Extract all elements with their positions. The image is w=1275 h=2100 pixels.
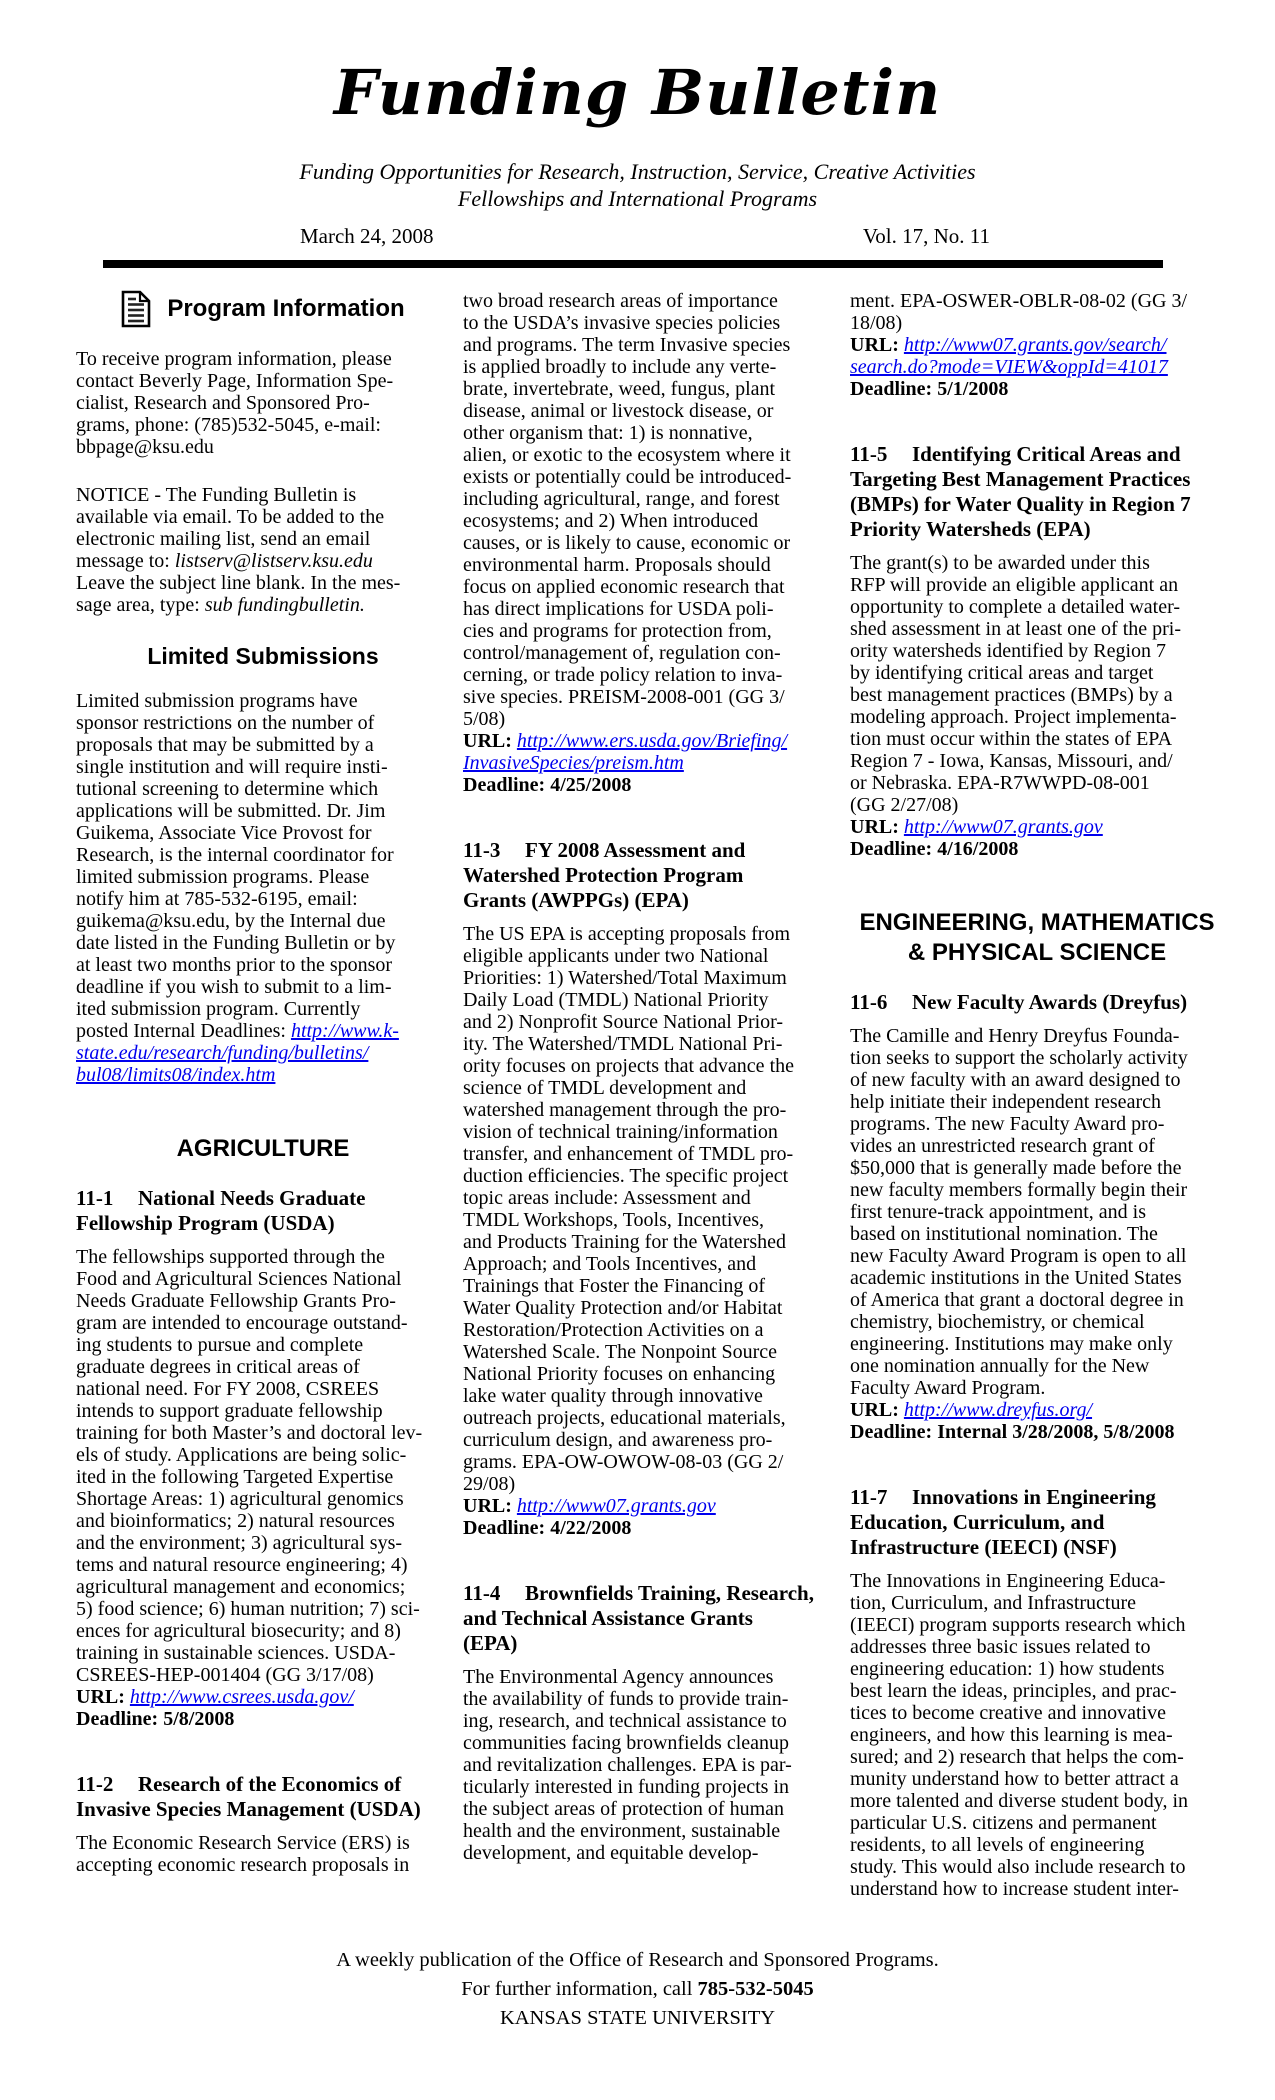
text-run: The US EPA is accepting proposals from bbox=[463, 923, 790, 945]
text-line: understand how to increase student inter… bbox=[850, 1878, 1224, 1900]
grant-heading-11-7: 11-7Innovations in EngineeringEducation,… bbox=[850, 1485, 1224, 1560]
text-run: contact Beverly Page, Information Spe- bbox=[76, 370, 393, 392]
text-run: and Products Training for the Watershed bbox=[463, 1231, 786, 1253]
text-run: ing, research, and technical assistance … bbox=[463, 1710, 787, 1732]
text-line: Limited submission programs have bbox=[76, 690, 450, 712]
text-line: posted Internal Deadlines: http://www.k- bbox=[76, 1020, 450, 1042]
text-line: ority focuses on projects that advance t… bbox=[463, 1055, 837, 1077]
heading-limited-submissions: Limited Submissions bbox=[76, 642, 450, 670]
hyperlink[interactable]: http://www.ers.usda.gov/Briefing/ bbox=[517, 730, 787, 752]
text-run: deadline if you wish to submit to a lim- bbox=[76, 976, 392, 998]
text-line: vides an unrestricted research grant of bbox=[850, 1135, 1224, 1157]
text-run: at least two months prior to the sponsor bbox=[76, 954, 392, 976]
text-run: Guikema, Associate Vice Provost for bbox=[76, 822, 372, 844]
bold-text: Deadline: 4/25/2008 bbox=[463, 774, 631, 796]
bold-text: Deadline: Internal 3/28/2008, 5/8/2008 bbox=[850, 1421, 1174, 1443]
text-line: ing students to pursue and complete bbox=[76, 1334, 450, 1356]
text-line: new faculty members formally begin their bbox=[850, 1179, 1224, 1201]
hyperlink[interactable]: http://www.dreyfus.org/ bbox=[904, 1399, 1092, 1421]
header-rule bbox=[103, 260, 1163, 268]
text-line: and bioinformatics; 2) natural resources bbox=[76, 1510, 450, 1532]
text-line: Approach; and Tools Incentives, and bbox=[463, 1253, 837, 1275]
text-run: to the USDA’s invasive species policies bbox=[463, 312, 780, 334]
paragraph: The Camille and Henry Dreyfus Founda-tio… bbox=[850, 1025, 1224, 1443]
text-line: and 2) Nonprofit Source National Prior- bbox=[463, 1011, 837, 1033]
text-line: causes, or is likely to cause, economic … bbox=[463, 532, 837, 554]
text-line: tems and natural resource engineering; 4… bbox=[76, 1554, 450, 1576]
text-line: Research, is the internal coordinator fo… bbox=[76, 844, 450, 866]
italic-text: sub fundingbulletin. bbox=[205, 594, 365, 616]
bold-text: Deadline: 5/8/2008 bbox=[76, 1708, 234, 1730]
heading-text: Program Information bbox=[167, 295, 404, 323]
text-line: electronic mailing list, send an email bbox=[76, 528, 450, 550]
text-line: has direct implications for USDA poli- bbox=[463, 598, 837, 620]
text-line: and Technical Assistance Grants bbox=[463, 1606, 837, 1631]
paragraph: ment. EPA-OSWER-OBLR-08-02 (GG 3/18/08)U… bbox=[850, 290, 1224, 400]
text-line: ity. The Watershed/TMDL National Pri- bbox=[463, 1033, 837, 1055]
text-run: cies and programs for protection from, bbox=[463, 620, 772, 642]
text-line: academic institutions in the United Stat… bbox=[850, 1267, 1224, 1289]
text-run: Restoration/Protection Activities on a bbox=[463, 1319, 764, 1341]
text-line: at least two months prior to the sponsor bbox=[76, 954, 450, 976]
column-2: two broad research areas of importanceto… bbox=[463, 290, 837, 1926]
text-line: (GG 2/27/08) bbox=[850, 794, 1224, 816]
text-run: by identifying critical areas and target bbox=[850, 662, 1153, 684]
text-run: 5) food science; 6) human nutrition; 7) … bbox=[76, 1598, 420, 1620]
text-run: Daily Load (TMDL) National Priority bbox=[463, 989, 769, 1011]
text-line: & PHYSICAL SCIENCE bbox=[850, 938, 1224, 968]
text-line: search.do?mode=VIEW&oppId=41017 bbox=[850, 356, 1224, 378]
text-line: URL: http://www07.grants.gov bbox=[463, 1495, 837, 1517]
text-line: 5) food science; 6) human nutrition; 7) … bbox=[76, 1598, 450, 1620]
text-run: Priorities: 1) Watershed/Total Maximum bbox=[463, 967, 787, 989]
text-line: engineering education: 1) how students bbox=[850, 1658, 1224, 1680]
text-line: Watershed Scale. The Nonpoint Source bbox=[463, 1341, 837, 1363]
grant-heading-11-3: 11-3FY 2008 Assessment andWatershed Prot… bbox=[463, 838, 837, 913]
paragraph: two broad research areas of importanceto… bbox=[463, 290, 837, 796]
text-run: vides an unrestricted research grant of bbox=[850, 1135, 1155, 1157]
text-run: notify him at 785-532-6195, email: bbox=[76, 888, 358, 910]
grant-number: 11-4 bbox=[463, 1581, 525, 1606]
text-run: based on institutional nomination. The bbox=[850, 1223, 1158, 1245]
text-run: first tenure-track appointment, and is bbox=[850, 1201, 1146, 1223]
text-line: tion seeks to support the scholarly acti… bbox=[850, 1047, 1224, 1069]
text-run: health and the environment, sustainable bbox=[463, 1820, 780, 1842]
text-line: NOTICE - The Funding Bulletin is bbox=[76, 484, 450, 506]
text-line: one nomination annually for the New bbox=[850, 1355, 1224, 1377]
text-line: 11-3FY 2008 Assessment and bbox=[463, 838, 837, 863]
subtitle-line-1: Funding Opportunities for Research, Inst… bbox=[0, 158, 1275, 185]
text-run: els of study. Applications are being sol… bbox=[76, 1444, 406, 1466]
text-line: opportunity to complete a detailed water… bbox=[850, 596, 1224, 618]
text-run: engineering education: 1) how students bbox=[850, 1658, 1164, 1680]
text-line: exists or potentially could be introduce… bbox=[463, 466, 837, 488]
text-run: Research, is the internal coordinator fo… bbox=[76, 844, 394, 866]
text-line: Priority Watersheds (EPA) bbox=[850, 517, 1224, 542]
text-run: ing students to pursue and complete bbox=[76, 1334, 363, 1356]
text-run: watershed management through the pro- bbox=[463, 1099, 786, 1121]
text-line: study. This would also include research … bbox=[850, 1856, 1224, 1878]
text-line: particular U.S. citizens and permanent bbox=[850, 1812, 1224, 1834]
text-line: transfer, and enhancement of TMDL pro- bbox=[463, 1143, 837, 1165]
text-line: the availability of funds to provide tra… bbox=[463, 1688, 837, 1710]
text-line: URL: http://www.dreyfus.org/ bbox=[850, 1399, 1224, 1421]
text-run: opportunity to complete a detailed water… bbox=[850, 596, 1180, 618]
text-line: two broad research areas of importance bbox=[463, 290, 837, 312]
text-line: tutional screening to determine which bbox=[76, 778, 450, 800]
text-line: 5/08) bbox=[463, 708, 837, 730]
text-run: focus on applied economic research that bbox=[463, 576, 785, 598]
text-run: ited submission program. Currently bbox=[76, 998, 360, 1020]
text-run: Trainings that Foster the Financing of bbox=[463, 1275, 765, 1297]
text-line: proposals that may be submitted by a bbox=[76, 734, 450, 756]
bold-text: Deadline: 5/1/2008 bbox=[850, 378, 1008, 400]
text-line: Needs Graduate Fellowship Grants Pro- bbox=[76, 1290, 450, 1312]
grant-number: 11-3 bbox=[463, 838, 525, 863]
text-run: tems and natural resource engineering; 4… bbox=[76, 1554, 408, 1576]
text-line: AGRICULTURE bbox=[76, 1134, 450, 1164]
text-run: limited submission programs. Please bbox=[76, 866, 369, 888]
text-run: national need. For FY 2008, CSREES bbox=[76, 1378, 379, 1400]
text-line: Leave the subject line blank. In the mes… bbox=[76, 572, 450, 594]
text-run: The Innovations in Engineering Educa- bbox=[850, 1570, 1165, 1592]
text-line: Shortage Areas: 1) agricultural genomics bbox=[76, 1488, 450, 1510]
text-run: science of TMDL development and bbox=[463, 1077, 746, 1099]
text-line: Deadline: 4/25/2008 bbox=[463, 774, 837, 796]
text-line: gram are intended to encourage outstand- bbox=[76, 1312, 450, 1334]
text-run: best management practices (BMPs) by a bbox=[850, 684, 1173, 706]
column-3: ment. EPA-OSWER-OBLR-08-02 (GG 3/18/08)U… bbox=[850, 290, 1224, 1926]
text-line: ecosystems; and 2) When introduced bbox=[463, 510, 837, 532]
text-run: curriculum design, and awareness pro- bbox=[463, 1429, 772, 1451]
text-run: duction efficiencies. The specific proje… bbox=[463, 1165, 788, 1187]
subtitle-line-2: Fellowships and International Programs bbox=[0, 185, 1275, 212]
text-run: 18/08) bbox=[850, 312, 902, 334]
text-run: intends to support graduate fellowship bbox=[76, 1400, 383, 1422]
text-run: ority focuses on projects that advance t… bbox=[463, 1055, 794, 1077]
text-line: and the environment; 3) agricultural sys… bbox=[76, 1532, 450, 1554]
text-line: RFP will provide an eligible applicant a… bbox=[850, 574, 1224, 596]
text-run: ority watersheds identified by Region 7 bbox=[850, 640, 1166, 662]
text-run: help initiate their independent research bbox=[850, 1091, 1161, 1113]
text-line: els of study. Applications are being sol… bbox=[76, 1444, 450, 1466]
text-line: Deadline: 4/16/2008 bbox=[850, 838, 1224, 860]
text-line: and programs. The term Invasive species bbox=[463, 334, 837, 356]
text-run: RFP will provide an eligible applicant a… bbox=[850, 574, 1178, 596]
text-line: new Faculty Award Program is open to all bbox=[850, 1245, 1224, 1267]
text-line: development, and equitable develop- bbox=[463, 1842, 837, 1864]
hyperlink[interactable]: bul08/limits08/index.htm bbox=[76, 1064, 275, 1086]
text-run: communities facing brownfields cleanup bbox=[463, 1732, 789, 1754]
text-run: TMDL Workshops, Tools, Incentives, bbox=[463, 1209, 764, 1231]
text-run: cialist, Research and Sponsored Pro- bbox=[76, 392, 370, 414]
text-line: best learn the ideas, principles, and pr… bbox=[850, 1680, 1224, 1702]
text-line: outreach projects, educational materials… bbox=[463, 1407, 837, 1429]
text-line: other organism that: 1) is nonnative, bbox=[463, 422, 837, 444]
text-line: first tenure-track appointment, and is bbox=[850, 1201, 1224, 1223]
text-line: Grants (AWPPGs) (EPA) bbox=[463, 888, 837, 913]
grant-number: 11-2 bbox=[76, 1772, 138, 1797]
text-run: grams, phone: (785)532-5045, e-mail: bbox=[76, 414, 381, 436]
text-line: help initiate their independent research bbox=[850, 1091, 1224, 1113]
text-line: state.edu/research/funding/bulletins/ bbox=[76, 1042, 450, 1064]
text-line: engineers, and how this learning is mea- bbox=[850, 1724, 1224, 1746]
grant-heading-11-5: 11-5Identifying Critical Areas andTarget… bbox=[850, 442, 1224, 542]
dateline: March 24, 2008 Vol. 17, No. 11 bbox=[300, 224, 990, 248]
column-1: Program InformationTo receive program in… bbox=[76, 290, 450, 1926]
text-line: URL: http://www07.grants.gov bbox=[850, 816, 1224, 838]
text-line: Fellowship Program (USDA) bbox=[76, 1211, 450, 1236]
text-run: accepting economic research proposals in bbox=[76, 1854, 409, 1876]
text-run: posted Internal Deadlines: bbox=[76, 1020, 291, 1042]
text-line: guikema@ksu.edu, by the Internal due bbox=[76, 910, 450, 932]
text-line: bbpage@ksu.edu bbox=[76, 436, 450, 458]
text-line: ences for agricultural biosecurity; and … bbox=[76, 1620, 450, 1642]
text-line: residents, to all levels of engineering bbox=[850, 1834, 1224, 1856]
paragraph: Limited submission programs havesponsor … bbox=[76, 690, 450, 1086]
text-run: and the environment; 3) agricultural sys… bbox=[76, 1532, 402, 1554]
text-run: sponsor restrictions on the number of bbox=[76, 712, 374, 734]
text-line: The grant(s) to be awarded under this bbox=[850, 552, 1224, 574]
text-line: graduate degrees in critical areas of bbox=[76, 1356, 450, 1378]
grant-number: 11-1 bbox=[76, 1186, 138, 1211]
text-line: 11-7Innovations in Engineering bbox=[850, 1485, 1224, 1510]
text-line: lake water quality through innovative bbox=[463, 1385, 837, 1407]
text-line: and Products Training for the Watershed bbox=[463, 1231, 837, 1253]
grant-number: 11-6 bbox=[850, 990, 912, 1015]
text-run: National Priority focuses on enhancing bbox=[463, 1363, 775, 1385]
text-line: The US EPA is accepting proposals from bbox=[463, 923, 837, 945]
text-line: ited in the following Targeted Expertise bbox=[76, 1466, 450, 1488]
text-run: Leave the subject line blank. In the mes… bbox=[76, 572, 400, 594]
text-line: Deadline: Internal 3/28/2008, 5/8/2008 bbox=[850, 1421, 1224, 1443]
text-run: outreach projects, educational materials… bbox=[463, 1407, 786, 1429]
text-run: The Camille and Henry Dreyfus Founda- bbox=[850, 1025, 1179, 1047]
text-run: Needs Graduate Fellowship Grants Pro- bbox=[76, 1290, 396, 1312]
text-run: CSREES-HEP-001404 (GG 3/17/08) bbox=[76, 1664, 374, 1686]
text-run: causes, or is likely to cause, economic … bbox=[463, 532, 790, 554]
text-run: vision of technical training/information bbox=[463, 1121, 778, 1143]
text-run: is applied broadly to include any verte- bbox=[463, 356, 776, 378]
paragraph: The fellowships supported through theFoo… bbox=[76, 1246, 450, 1730]
text-run: The Environmental Agency announces bbox=[463, 1666, 773, 1688]
text-line: (IEECI) program supports research which bbox=[850, 1614, 1224, 1636]
text-line: 11-5Identifying Critical Areas and bbox=[850, 442, 1224, 467]
text-line: date listed in the Funding Bulletin or b… bbox=[76, 932, 450, 954]
text-run: training for both Master’s and doctoral … bbox=[76, 1422, 422, 1444]
hyperlink[interactable]: InvasiveSpecies/preism.htm bbox=[463, 752, 684, 774]
text-line: The fellowships supported through the bbox=[76, 1246, 450, 1268]
text-run: grams. EPA-OW-OWOW-08-03 (GG 2/ bbox=[463, 1451, 783, 1473]
text-line: including agricultural, range, and fores… bbox=[463, 488, 837, 510]
text-line: Faculty Award Program. bbox=[850, 1377, 1224, 1399]
text-run: munity understand how to better attract … bbox=[850, 1768, 1179, 1790]
text-run: two broad research areas of importance bbox=[463, 290, 778, 312]
text-run: The Economic Research Service (ERS) is bbox=[76, 1832, 410, 1854]
text-line: sive species. PREISM-2008-001 (GG 3/ bbox=[463, 686, 837, 708]
text-run: of new faculty with an award designed to bbox=[850, 1069, 1180, 1091]
bulletin-subtitle: Funding Opportunities for Research, Inst… bbox=[0, 158, 1275, 212]
text-line: contact Beverly Page, Information Spe- bbox=[76, 370, 450, 392]
text-line: training in sustainable sciences. USDA- bbox=[76, 1642, 450, 1664]
text-line: The Economic Research Service (ERS) is bbox=[76, 1832, 450, 1854]
paragraph: The Innovations in Engineering Educa-tio… bbox=[850, 1570, 1224, 1900]
text-line: intends to support graduate fellowship bbox=[76, 1400, 450, 1422]
heading-program-information: Program Information bbox=[76, 290, 450, 328]
volume-number: Vol. 17, No. 11 bbox=[863, 224, 990, 248]
paragraph: To receive program information, pleaseco… bbox=[76, 348, 450, 458]
text-line: cialist, Research and Sponsored Pro- bbox=[76, 392, 450, 414]
text-line: munity understand how to better attract … bbox=[850, 1768, 1224, 1790]
text-line: brate, invertebrate, weed, fungus, plant bbox=[463, 378, 837, 400]
text-run: The fellowships supported through the bbox=[76, 1246, 385, 1268]
content-columns: Program InformationTo receive program in… bbox=[76, 290, 1275, 1926]
text-line: tion, Curriculum, and Infrastructure bbox=[850, 1592, 1224, 1614]
text-run: control/management of, regulation con- bbox=[463, 642, 781, 664]
text-line: bul08/limits08/index.htm bbox=[76, 1064, 450, 1086]
text-run: shed assessment in at least one of the p… bbox=[850, 618, 1181, 640]
text-line: Targeting Best Management Practices bbox=[850, 467, 1224, 492]
grant-heading-11-6: 11-6New Faculty Awards (Dreyfus) bbox=[850, 990, 1224, 1015]
hyperlink[interactable]: http://www.k- bbox=[291, 1020, 399, 1042]
text-run: (IEECI) program supports research which bbox=[850, 1614, 1185, 1636]
text-line: of America that grant a doctoral degree … bbox=[850, 1289, 1224, 1311]
bold-text: Deadline: 4/22/2008 bbox=[463, 1517, 631, 1539]
text-run: alien, or exotic to the ecosystem where … bbox=[463, 444, 791, 466]
text-line: is applied broadly to include any verte- bbox=[463, 356, 837, 378]
text-run: ences for agricultural biosecurity; and … bbox=[76, 1620, 401, 1642]
text-run: eligible applicants under two National bbox=[463, 945, 768, 967]
grant-heading-11-1: 11-1National Needs GraduateFellowship Pr… bbox=[76, 1186, 450, 1236]
text-run: Approach; and Tools Incentives, and bbox=[463, 1253, 756, 1275]
hyperlink[interactable]: http://www.csrees.usda.gov/ bbox=[130, 1686, 354, 1708]
text-run: sured; and 2) research that helps the co… bbox=[850, 1746, 1184, 1768]
text-line: training for both Master’s and doctoral … bbox=[76, 1422, 450, 1444]
text-run: has direct implications for USDA poli- bbox=[463, 598, 774, 620]
text-run: new faculty members formally begin their bbox=[850, 1179, 1187, 1201]
text-run: sive species. PREISM-2008-001 (GG 3/ bbox=[463, 686, 785, 708]
text-run: single institution and will require inst… bbox=[76, 756, 388, 778]
text-run: To receive program information, please bbox=[76, 348, 392, 370]
text-run: agricultural management and economics; bbox=[76, 1576, 405, 1598]
text-run: electronic mailing list, send an email bbox=[76, 528, 370, 550]
text-line: Deadline: 5/1/2008 bbox=[850, 378, 1224, 400]
text-line: alien, or exotic to the ecosystem where … bbox=[463, 444, 837, 466]
text-run: other organism that: 1) is nonnative, bbox=[463, 422, 753, 444]
footer-university-name: KANSAS STATE UNIVERSITY bbox=[0, 2004, 1275, 2033]
text-line: The Camille and Henry Dreyfus Founda- bbox=[850, 1025, 1224, 1047]
text-line: accepting economic research proposals in bbox=[76, 1854, 450, 1876]
text-run: transfer, and enhancement of TMDL pro- bbox=[463, 1143, 793, 1165]
paragraph: NOTICE - The Funding Bulletin isavailabl… bbox=[76, 484, 450, 616]
text-line: by identifying critical areas and target bbox=[850, 662, 1224, 684]
text-run: guikema@ksu.edu, by the Internal due bbox=[76, 910, 385, 932]
text-line: curriculum design, and awareness pro- bbox=[463, 1429, 837, 1451]
text-run: chemistry, biochemistry, or chemical bbox=[850, 1311, 1145, 1333]
text-line: programs. The new Faculty Award pro- bbox=[850, 1113, 1224, 1135]
text-run: study. This would also include research … bbox=[850, 1856, 1186, 1878]
hyperlink[interactable]: http://www07.grants.gov bbox=[517, 1495, 716, 1517]
text-line: sponsor restrictions on the number of bbox=[76, 712, 450, 734]
text-run: best learn the ideas, principles, and pr… bbox=[850, 1680, 1177, 1702]
text-run: and 2) Nonprofit Source National Prior- bbox=[463, 1011, 783, 1033]
text-line: 29/08) bbox=[463, 1473, 837, 1495]
bold-text: URL: bbox=[850, 334, 904, 356]
text-run: 5/08) bbox=[463, 708, 505, 730]
text-line: notify him at 785-532-6195, email: bbox=[76, 888, 450, 910]
bold-text: URL: bbox=[76, 1686, 130, 1708]
text-line: best management practices (BMPs) by a bbox=[850, 684, 1224, 706]
text-run: disease, animal or livestock disease, or bbox=[463, 400, 773, 422]
text-run: tion, Curriculum, and Infrastructure bbox=[850, 1592, 1136, 1614]
page-footer: A weekly publication of the Office of Re… bbox=[0, 1946, 1275, 2033]
hyperlink[interactable]: state.edu/research/funding/bulletins/ bbox=[76, 1042, 368, 1064]
text-run: gram are intended to encourage outstand- bbox=[76, 1312, 408, 1334]
text-line: 18/08) bbox=[850, 312, 1224, 334]
text-line: message to: listserv@listserv.ksu.edu bbox=[76, 550, 450, 572]
text-line: sage area, type: sub fundingbulletin. bbox=[76, 594, 450, 616]
text-line: 11-6New Faculty Awards (Dreyfus) bbox=[850, 990, 1224, 1015]
hyperlink[interactable]: search.do?mode=VIEW&oppId=41017 bbox=[850, 356, 1168, 378]
text-line: Restoration/Protection Activities on a bbox=[463, 1319, 837, 1341]
masthead: Funding Bulletin Funding Opportunities f… bbox=[0, 0, 1275, 268]
text-line: ority watersheds identified by Region 7 bbox=[850, 640, 1224, 662]
footer-contact-text: For further information, call bbox=[461, 1978, 697, 2000]
text-line: ited submission program. Currently bbox=[76, 998, 450, 1020]
text-run: development, and equitable develop- bbox=[463, 1842, 758, 1864]
grant-heading-11-2: 11-2Research of the Economics ofInvasive… bbox=[76, 1772, 450, 1822]
text-run: Faculty Award Program. bbox=[850, 1377, 1045, 1399]
text-line: $50,000 that is generally made before th… bbox=[850, 1157, 1224, 1179]
text-run: addresses three basic issues related to bbox=[850, 1636, 1150, 1658]
text-line: focus on applied economic research that bbox=[463, 576, 837, 598]
text-line: the subject areas of protection of human bbox=[463, 1798, 837, 1820]
bold-text: URL: bbox=[850, 816, 904, 838]
text-line: tion must occur within the states of EPA bbox=[850, 728, 1224, 750]
paragraph: The Environmental Agency announcesthe av… bbox=[463, 1666, 837, 1864]
text-run: tion seeks to support the scholarly acti… bbox=[850, 1047, 1188, 1069]
text-line: of new faculty with an award designed to bbox=[850, 1069, 1224, 1091]
text-line: control/management of, regulation con- bbox=[463, 642, 837, 664]
text-run: environmental harm. Proposals should bbox=[463, 554, 771, 576]
hyperlink[interactable]: http://www07.grants.gov bbox=[904, 816, 1103, 838]
text-line: chemistry, biochemistry, or chemical bbox=[850, 1311, 1224, 1333]
text-line: or Nebraska. EPA-R7WWPD-08-001 bbox=[850, 772, 1224, 794]
text-run: (GG 2/27/08) bbox=[850, 794, 958, 816]
footer-publication-line: A weekly publication of the Office of Re… bbox=[0, 1946, 1275, 1975]
text-run: of America that grant a doctoral degree … bbox=[850, 1289, 1184, 1311]
text-run: more talented and diverse student body, … bbox=[850, 1790, 1188, 1812]
category-heading-agriculture: AGRICULTURE bbox=[76, 1134, 450, 1164]
text-run: $50,000 that is generally made before th… bbox=[850, 1157, 1182, 1179]
text-run: including agricultural, range, and fores… bbox=[463, 488, 780, 510]
text-line: to the USDA’s invasive species policies bbox=[463, 312, 837, 334]
text-line: grams. EPA-OW-OWOW-08-03 (GG 2/ bbox=[463, 1451, 837, 1473]
text-run: Watershed Scale. The Nonpoint Source bbox=[463, 1341, 777, 1363]
text-line: 11-1National Needs Graduate bbox=[76, 1186, 450, 1211]
text-line: duction efficiencies. The specific proje… bbox=[463, 1165, 837, 1187]
text-run: lake water quality through innovative bbox=[463, 1385, 763, 1407]
text-line: ticularly interested in funding projects… bbox=[463, 1776, 837, 1798]
text-line: URL: http://www.ers.usda.gov/Briefing/ bbox=[463, 730, 837, 752]
text-run: academic institutions in the United Stat… bbox=[850, 1267, 1182, 1289]
hyperlink[interactable]: http://www07.grants.gov/search/ bbox=[904, 334, 1167, 356]
text-line: Guikema, Associate Vice Provost for bbox=[76, 822, 450, 844]
text-run: ment. EPA-OSWER-OBLR-08-02 (GG 3/ bbox=[850, 290, 1187, 312]
text-line: (EPA) bbox=[463, 1631, 837, 1656]
text-line: The Environmental Agency announces bbox=[463, 1666, 837, 1688]
text-line: disease, animal or livestock disease, or bbox=[463, 400, 837, 422]
